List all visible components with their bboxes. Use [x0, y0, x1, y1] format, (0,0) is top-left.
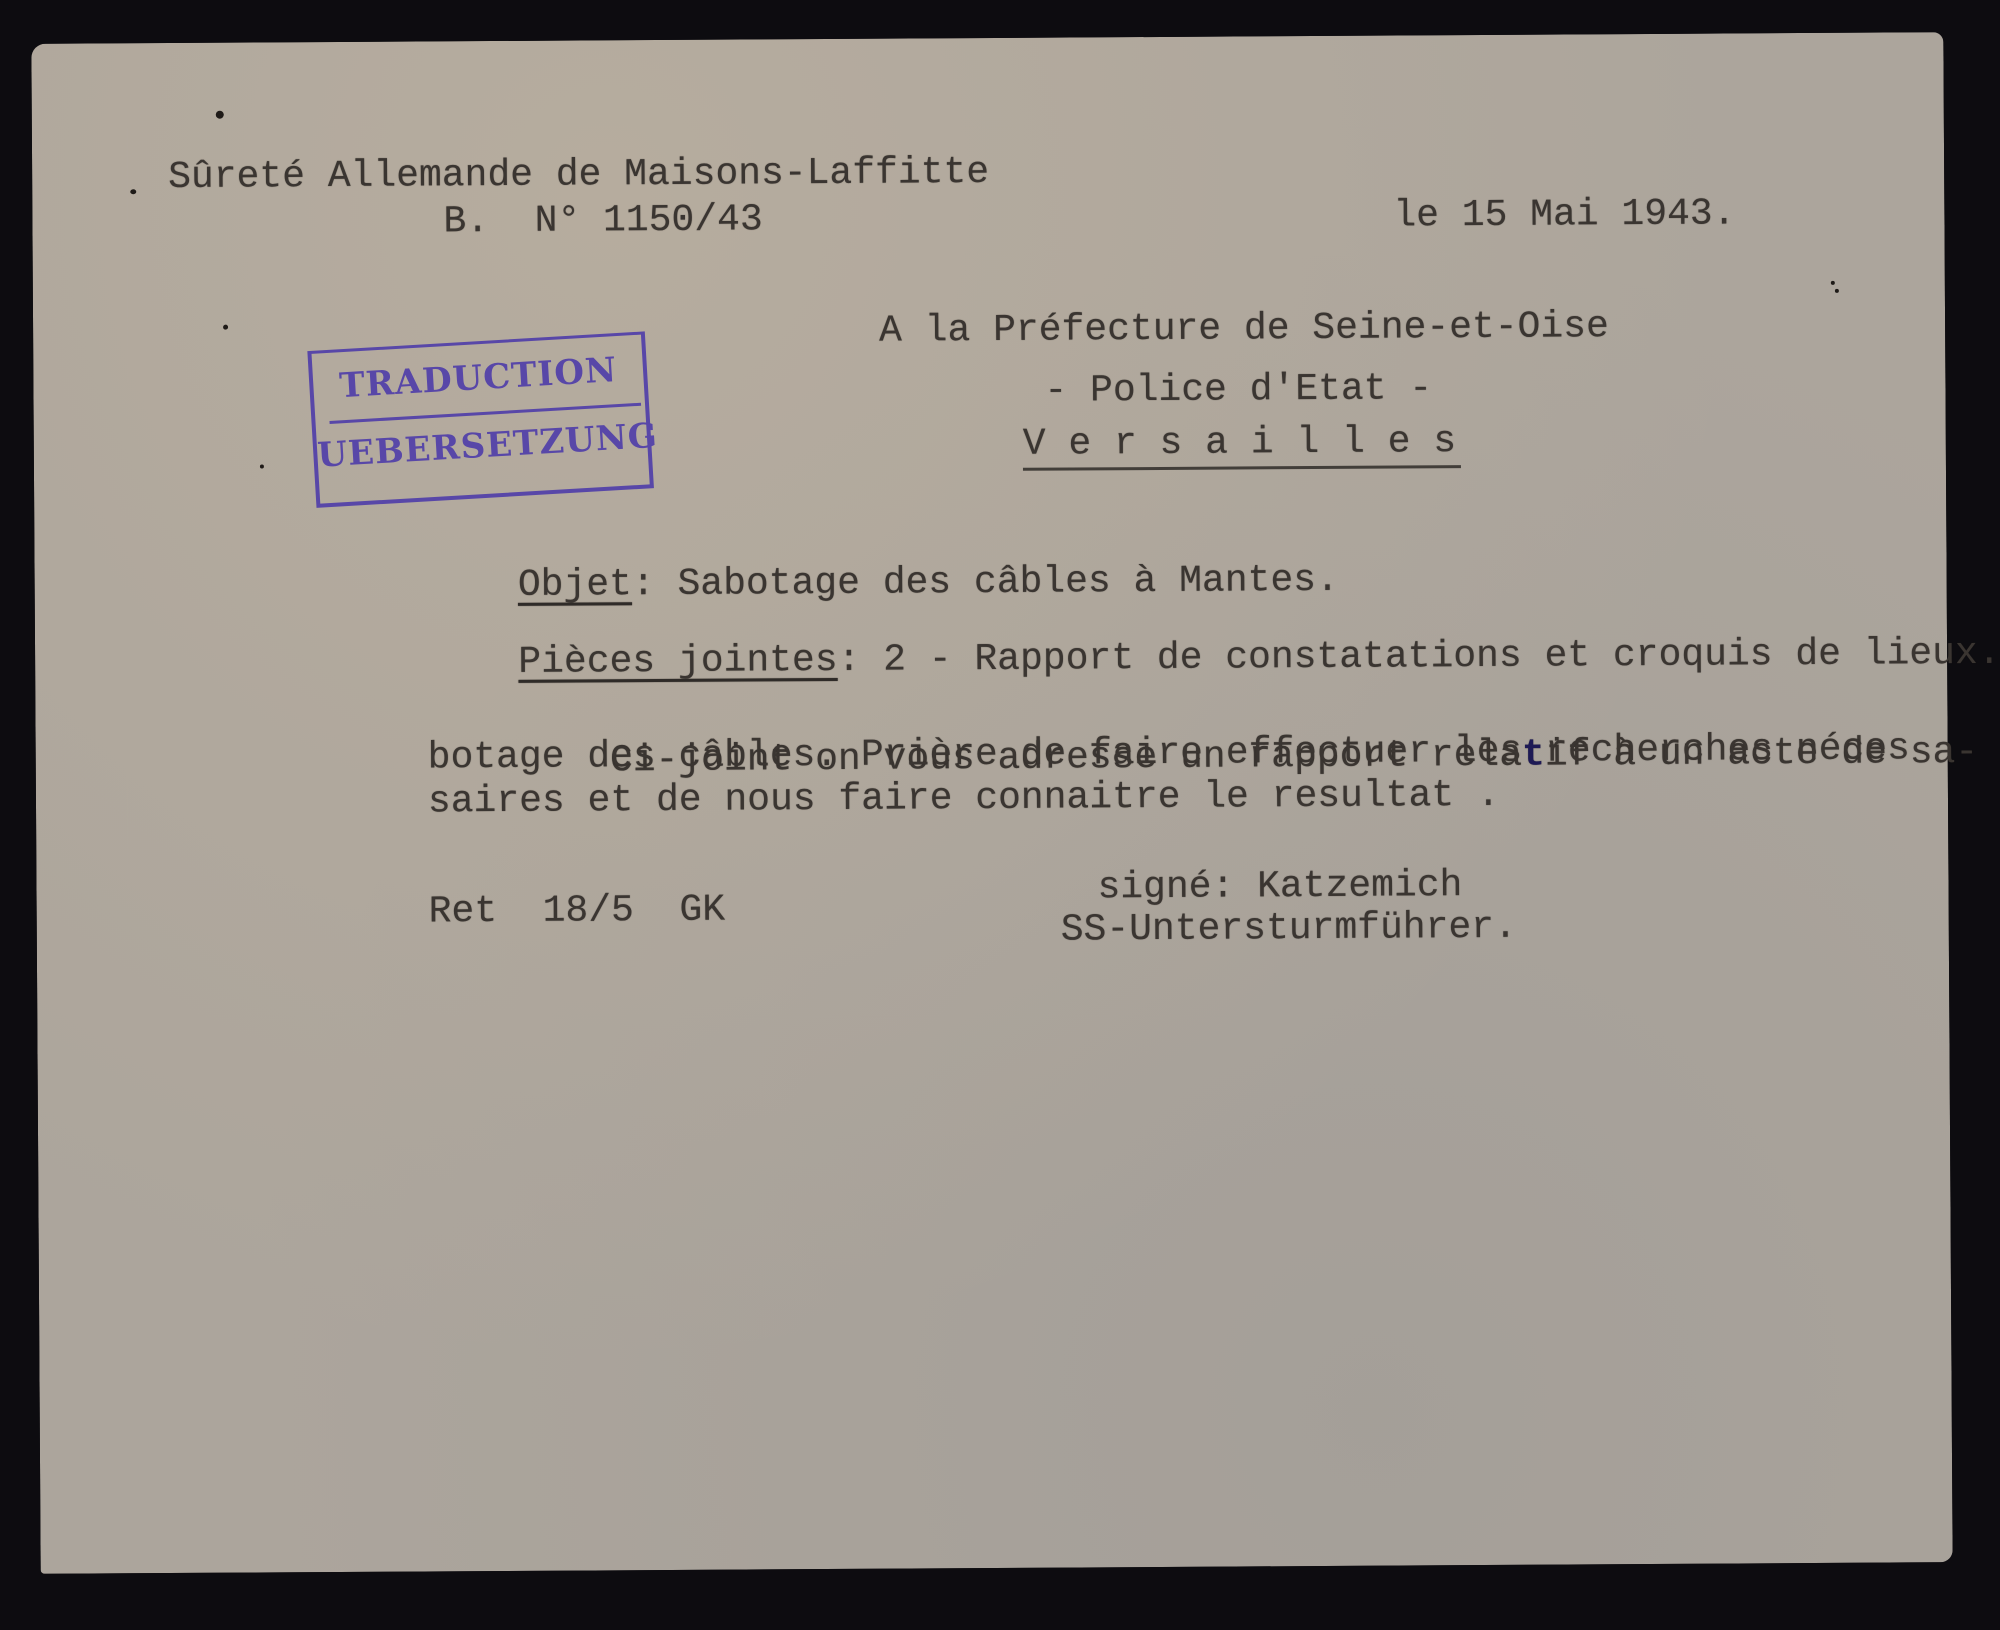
- recipient-city: V e r s a i l l e s: [1023, 423, 1457, 464]
- ink-speck: [1831, 281, 1835, 285]
- ink-speck: [216, 111, 224, 119]
- attachments-text: 2 - Rapport de constatations et croquis …: [860, 632, 2000, 682]
- stamp-line-uebersetzung: UEBERSETZUNG: [316, 416, 648, 475]
- recipient-line-2: - Police d'Etat -: [1044, 370, 1432, 410]
- signature-rank: SS-Untersturmführer.: [1061, 909, 1517, 950]
- reference-number: B. N° 1150/43: [443, 201, 762, 241]
- translation-stamp: TRADUCTION UEBERSETZUNG: [307, 331, 654, 507]
- document-page: Sûreté Allemande de Maisons-Laffitte B. …: [31, 32, 1952, 1574]
- subject-text: Sabotage des câbles à Mantes.: [655, 559, 1339, 606]
- attachments-label: Pièces jointes: [518, 639, 838, 684]
- letter-date: le 15 Mai 1943.: [1393, 195, 1735, 235]
- recipient-line-1: A la Préfecture de Seine-et-Oise: [879, 308, 1609, 350]
- sender-line: Sûreté Allemande de Maisons-Laffitte: [168, 154, 989, 197]
- ink-speck: [130, 189, 136, 194]
- ink-speck: [1835, 289, 1839, 293]
- subject-separator: :: [632, 563, 655, 606]
- ink-speck: [223, 325, 228, 330]
- recipient-city-underline: [1023, 465, 1461, 471]
- body-line-3: saires et de nous faire connaitre le res…: [428, 777, 1500, 822]
- signature-name: signé: Katzemich: [1097, 867, 1462, 907]
- subject-label: Objet: [518, 563, 632, 607]
- registry-note: Ret 18/5 GK: [429, 892, 726, 932]
- stamp-line-traduction: TRADUCTION: [312, 349, 644, 408]
- attachments-separator: :: [837, 639, 860, 682]
- body-line-2: botage des câbles. Prière de faire effec…: [428, 730, 1910, 777]
- ink-speck: [260, 464, 264, 468]
